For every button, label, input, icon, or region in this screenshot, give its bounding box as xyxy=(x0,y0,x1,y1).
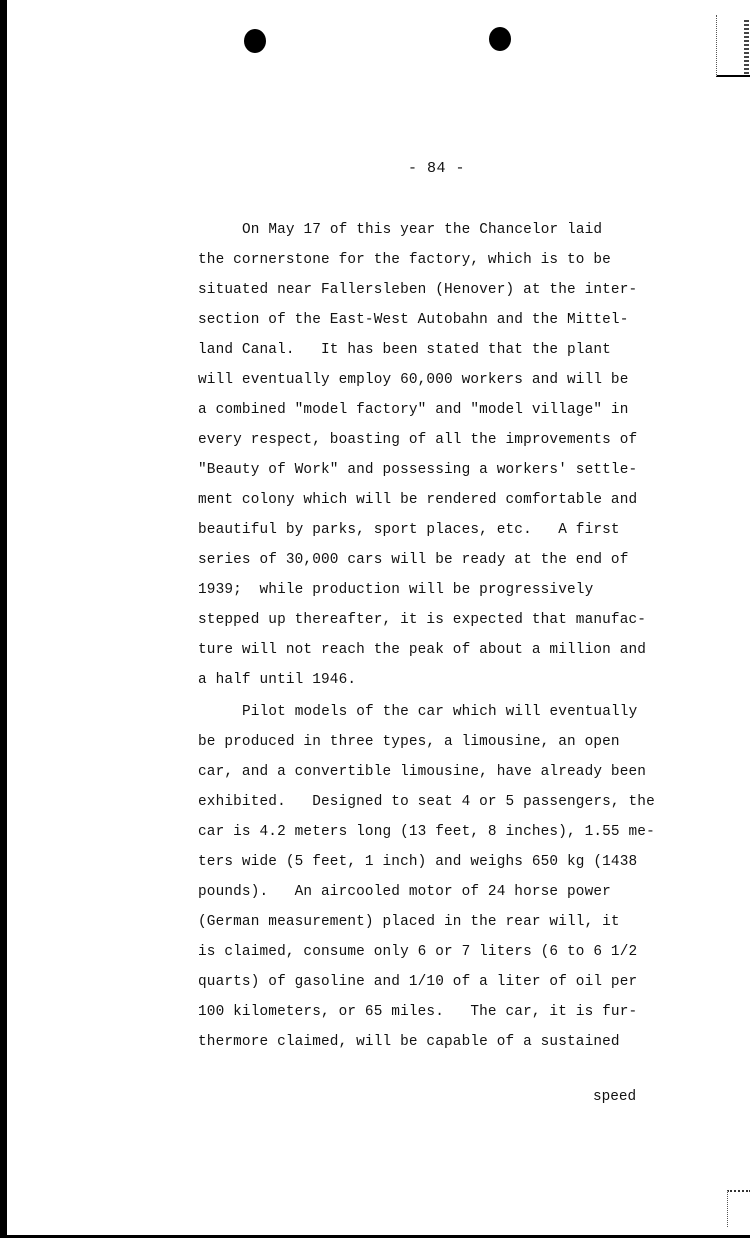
text-line: situated near Fallersleben (Henover) at … xyxy=(198,280,637,300)
text-line: ment colony which will be rendered comfo… xyxy=(198,490,637,510)
text-line: ters wide (5 feet, 1 inch) and weighs 65… xyxy=(198,852,637,872)
punch-hole-right xyxy=(489,27,511,51)
text-line: 100 kilometers, or 65 miles. The car, it… xyxy=(198,1002,637,1022)
text-line: a half until 1946. xyxy=(198,670,356,690)
text-line: thermore claimed, will be capable of a s… xyxy=(198,1032,620,1052)
text-line: will eventually employ 60,000 workers an… xyxy=(198,370,629,390)
text-line: ture will not reach the peak of about a … xyxy=(198,640,646,660)
text-line: car, and a convertible limousine, have a… xyxy=(198,762,646,782)
text-line: a combined "model factory" and "model vi… xyxy=(198,400,629,420)
scan-edge-mark-bottom xyxy=(727,1190,750,1227)
text-line: is claimed, consume only 6 or 7 liters (… xyxy=(198,942,637,962)
punch-hole-left xyxy=(244,29,266,53)
text-line: section of the East-West Autobahn and th… xyxy=(198,310,629,330)
text-line: car is 4.2 meters long (13 feet, 8 inche… xyxy=(198,822,655,842)
text-line: be produced in three types, a limousine,… xyxy=(198,732,620,752)
text-line: land Canal. It has been stated that the … xyxy=(198,340,611,360)
page-number: - 84 - xyxy=(408,160,465,177)
catchword: speed xyxy=(593,1089,636,1105)
text-line: quarts) of gasoline and 1/10 of a liter … xyxy=(198,972,637,992)
text-line: Pilot models of the car which will event… xyxy=(242,702,637,722)
text-line: exhibited. Designed to seat 4 or 5 passe… xyxy=(198,792,655,812)
scan-edge-left xyxy=(0,0,7,1238)
text-line: pounds). An aircooled motor of 24 horse … xyxy=(198,882,611,902)
text-line: the cornerstone for the factory, which i… xyxy=(198,250,611,270)
text-line: (German measurement) placed in the rear … xyxy=(198,912,620,932)
text-line: beautiful by parks, sport places, etc. A… xyxy=(198,520,620,540)
text-line: stepped up thereafter, it is expected th… xyxy=(198,610,646,630)
text-line: On May 17 of this year the Chancelor lai… xyxy=(242,220,602,240)
scan-edge-mark-top xyxy=(716,15,750,77)
text-line: 1939; while production will be progressi… xyxy=(198,580,593,600)
text-line: series of 30,000 cars will be ready at t… xyxy=(198,550,629,570)
text-line: every respect, boasting of all the impro… xyxy=(198,430,637,450)
text-line: "Beauty of Work" and possessing a worker… xyxy=(198,460,637,480)
